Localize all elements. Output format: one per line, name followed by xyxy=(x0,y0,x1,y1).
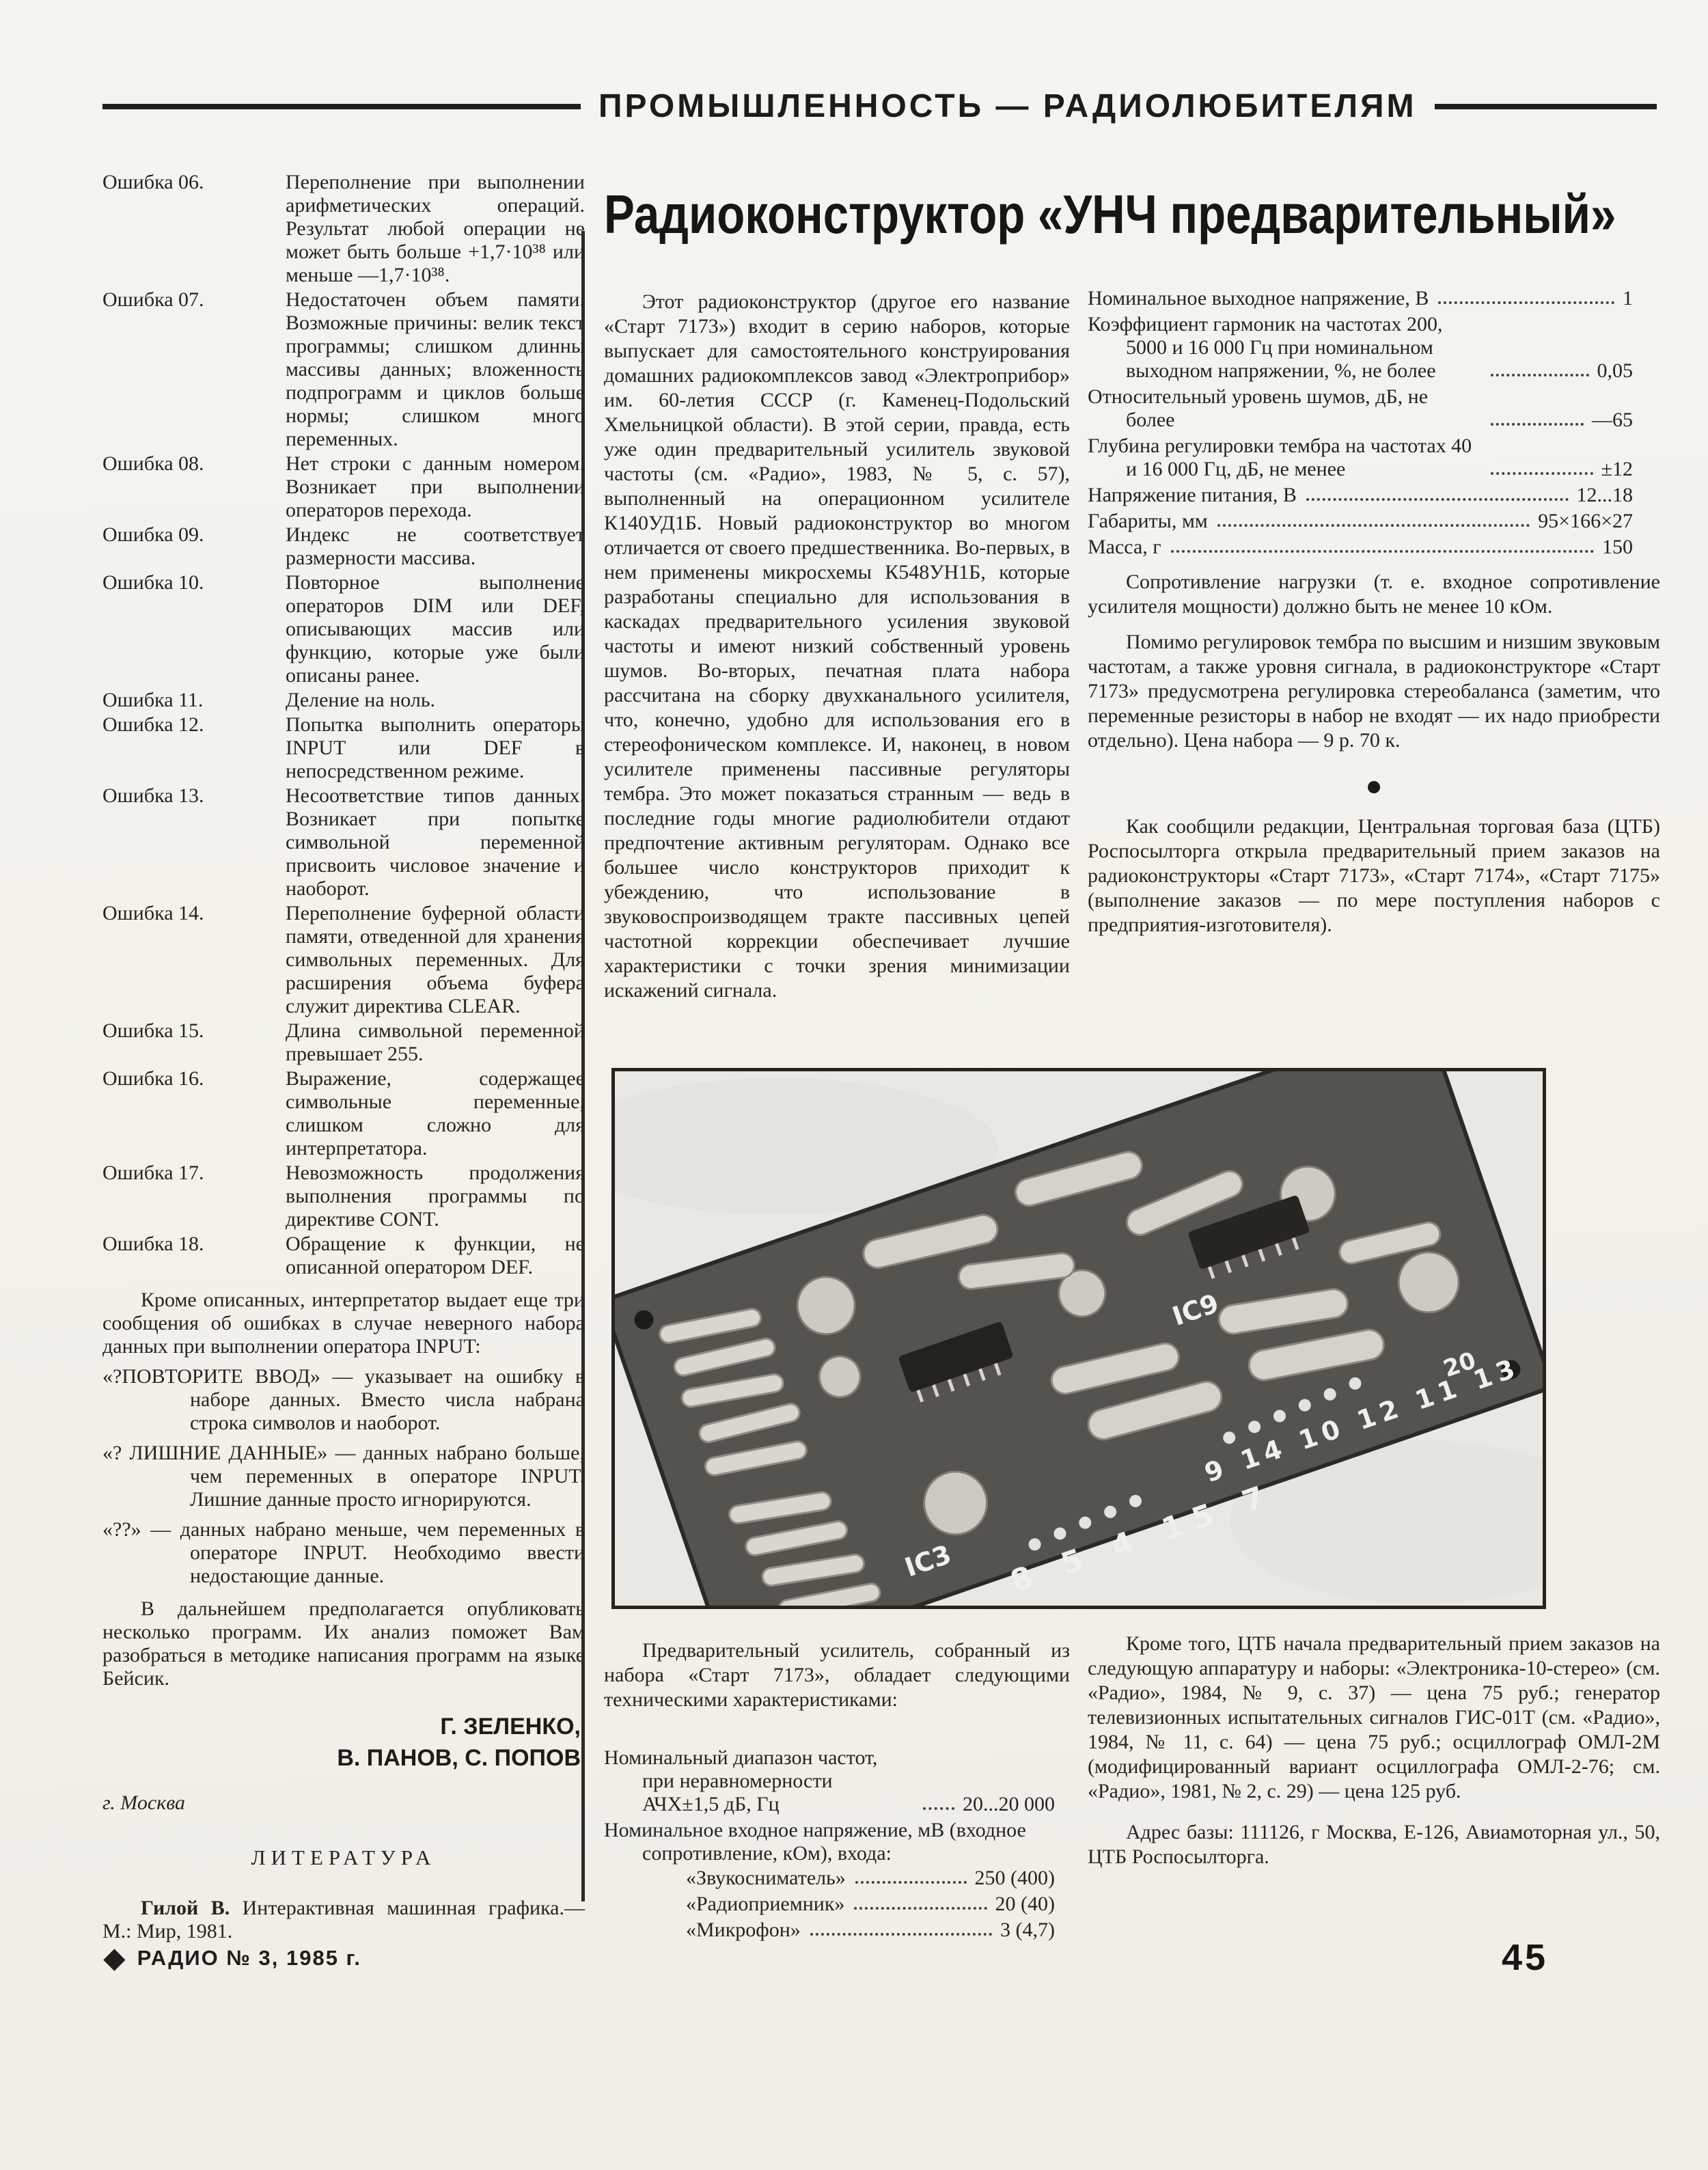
error-label: Ошибка 12. xyxy=(102,713,286,783)
orders-paragraph: Как сообщили редакции, Центральная торго… xyxy=(1088,814,1660,937)
spec-name: Масса, г xyxy=(1088,536,1161,559)
page-number: 45 xyxy=(1502,1936,1548,1979)
error-row: Ошибка 08.Нет строки с данным номером. В… xyxy=(102,452,585,522)
spec-value: 20...20 000 xyxy=(963,1793,1082,1816)
spec-value: ±12 xyxy=(1601,458,1660,481)
dot-leader xyxy=(1491,374,1589,376)
error-row: Ошибка 18.Обращение к функции, не описан… xyxy=(102,1233,585,1279)
page-header: ПРОМЫШЛЕННОСТЬ — РАДИОЛЮБИТЕЛЯМ xyxy=(102,87,1657,125)
magazine-page: ПРОМЫШЛЕННОСТЬ — РАДИОЛЮБИТЕЛЯМ Ошибка 0… xyxy=(0,0,1708,2170)
header-rule-left xyxy=(102,104,581,109)
error-row: Ошибка 11.Деление на ноль. xyxy=(102,689,585,712)
error-label: Ошибка 18. xyxy=(102,1233,286,1279)
pcb-photo: IC3 IC9 8 5 4 15 7 9 14 10 12 11 13 20 xyxy=(611,1068,1546,1609)
error-text: Переполнение буферной области памяти, от… xyxy=(286,902,585,1018)
pcb-board-illustration: IC3 IC9 8 5 4 15 7 9 14 10 12 11 13 20 xyxy=(615,1071,1543,1606)
spec-row: Номинальное выходное напряжение, В1 xyxy=(1088,287,1660,310)
error-row: Ошибка 06.Переполнение при выполнении ар… xyxy=(102,171,585,287)
paragraph-after-errors: Кроме описанных, интерпретатор выдает ещ… xyxy=(102,1289,585,1358)
error-label: Ошибка 16. xyxy=(102,1067,286,1160)
input-message: «? ЛИШНИЕ ДАННЫЕ» — данных набрано больш… xyxy=(102,1442,585,1511)
error-row: Ошибка 12.Попытка выполнить операторы IN… xyxy=(102,713,585,783)
address-paragraph: Адрес базы: 111126, г Москва, Е-126, Ави… xyxy=(1088,1820,1660,1869)
dot-leader xyxy=(1491,423,1584,426)
input-message: «?ПОВТОРИТЕ ВВОД» — указывает на ошибку … xyxy=(102,1365,585,1435)
bottom-specs-table: Номинальный диапазон частот, при неравно… xyxy=(604,1746,1082,1945)
spec-row: Относительный уровень шумов, дБ, не боле… xyxy=(1088,385,1660,432)
error-text: Несоответствие типов данных. Возникает п… xyxy=(286,784,585,901)
spec-name: Номинальный диапазон частот, при неравно… xyxy=(604,1746,913,1816)
more-orders-paragraph: Кроме того, ЦТБ начала предварительный п… xyxy=(1088,1632,1660,1804)
error-text: Попытка выполнить операторы INPUT или DE… xyxy=(286,713,585,783)
error-label: Ошибка 17. xyxy=(102,1162,286,1231)
article-intro: Этот радиоконструктор (другое его назван… xyxy=(604,290,1070,1003)
dot-leader xyxy=(1438,301,1614,304)
error-label: Ошибка 07. xyxy=(102,288,286,451)
dot-leader xyxy=(810,1933,992,1936)
error-text: Переполнение при выполнении арифметическ… xyxy=(286,171,585,287)
dot-leader xyxy=(1171,550,1594,553)
spec-row: Масса, г150 xyxy=(1088,536,1660,559)
error-label: Ошибка 06. xyxy=(102,171,286,287)
spec-value: —65 xyxy=(1592,409,1660,432)
error-row: Ошибка 13.Несоответствие типов данных. В… xyxy=(102,784,585,901)
dot-leader xyxy=(1306,498,1569,501)
error-row: Ошибка 07.Недостаточен объем памяти. Воз… xyxy=(102,288,585,451)
error-row: Ошибка 10.Повторное выполнение операторо… xyxy=(102,571,585,687)
spec-name: «Микрофон» xyxy=(604,1919,801,1942)
spec-name: «Радиоприемник» xyxy=(604,1893,844,1916)
error-text: Обращение к функции, не описанной операт… xyxy=(286,1233,585,1279)
error-row: Ошибка 17.Невозможность продолжения выпо… xyxy=(102,1162,585,1231)
diamond-icon: ◆ xyxy=(104,1948,126,1969)
balance-paragraph: Помимо регулировок тембра по высшим и ни… xyxy=(1088,630,1660,753)
error-text: Недостаточен объем памяти. Возможные при… xyxy=(286,288,585,451)
reference-author: Гилой В. xyxy=(141,1897,230,1919)
literature-reference: Гилой В. Интерактивная машинная графика.… xyxy=(102,1897,585,1943)
error-label: Ошибка 13. xyxy=(102,784,286,901)
dot-leader xyxy=(923,1807,954,1810)
dot-leader xyxy=(1491,472,1593,475)
error-label: Ошибка 09. xyxy=(102,523,286,570)
spec-name: «Звукосниматель» xyxy=(604,1867,846,1890)
article-intro-column: Этот радиоконструктор (другое его назван… xyxy=(604,290,1070,1003)
author-line: Г. ЗЕЛЕНКО, xyxy=(102,1711,581,1742)
error-label: Ошибка 15. xyxy=(102,1019,286,1066)
error-row: Ошибка 14.Переполнение буферной области … xyxy=(102,902,585,1018)
author-line: В. ПАНОВ, С. ПОПОВ xyxy=(102,1742,581,1774)
error-text: Выражение, содержащее символьные перемен… xyxy=(286,1067,585,1160)
spec-row: «Радиоприемник»20 (40) xyxy=(604,1893,1082,1916)
page-header-title: ПРОМЫШЛЕННОСТЬ — РАДИОЛЮБИТЕЛЯМ xyxy=(598,87,1417,125)
spec-name: Номинальное выходное напряжение, В xyxy=(1088,287,1429,310)
error-text: Повторное выполнение операторов DIM или … xyxy=(286,571,585,687)
closing-paragraph: В дальнейшем предполагается опубликовать… xyxy=(102,1597,585,1690)
error-row: Ошибка 15.Длина символьной переменной пр… xyxy=(102,1019,585,1066)
spec-value: 20 (40) xyxy=(995,1893,1082,1916)
spec-row: «Микрофон»3 (4,7) xyxy=(604,1919,1082,1942)
error-text: Длина символьной переменной превышает 25… xyxy=(286,1019,585,1066)
error-row: Ошибка 16.Выражение, содержащее символьн… xyxy=(102,1067,585,1160)
spec-value: 3 (4,7) xyxy=(1000,1919,1082,1942)
spec-row: Номинальный диапазон частот, при неравно… xyxy=(604,1746,1082,1816)
error-row: Ошибка 09.Индекс не соответствует размер… xyxy=(102,523,585,570)
section-bullet-icon: ● xyxy=(1088,772,1660,801)
spec-value: 95×166×27 xyxy=(1538,510,1660,533)
error-list-column: Ошибка 06.Переполнение при выполнении ар… xyxy=(102,171,585,1943)
literature-heading: ЛИТЕРАТУРА xyxy=(102,1846,585,1869)
error-text: Невозможность продолжения выполнения про… xyxy=(286,1162,585,1231)
error-label: Ошибка 08. xyxy=(102,452,286,522)
spec-value: 0,05 xyxy=(1597,359,1661,383)
error-text: Деление на ноль. xyxy=(286,689,585,712)
dot-leader xyxy=(855,1881,967,1884)
article-title: Радиоконструктор «УНЧ предварительный» xyxy=(604,183,1492,246)
spec-row: Глубина регулировки тембра на частотах 4… xyxy=(1088,435,1660,481)
spec-name: Напряжение питания, В xyxy=(1088,484,1297,507)
load-paragraph: Сопротивление нагрузки (т. е. входное со… xyxy=(1088,570,1660,619)
spec-name: Относительный уровень шумов, дБ, не боле… xyxy=(1088,385,1481,432)
spec-row: Коэффициент гармоник на частотах 200, 50… xyxy=(1088,313,1660,383)
error-label: Ошибка 14. xyxy=(102,902,286,1018)
spec-value: 150 xyxy=(1602,536,1660,559)
footer-label: РАДИО № 3, 1985 г. xyxy=(137,1946,361,1970)
magazine-footer: ◆ РАДИО № 3, 1985 г. xyxy=(104,1946,361,1970)
orders-column: Кроме того, ЦТБ начала предварительный п… xyxy=(1088,1632,1660,1869)
error-label: Ошибка 10. xyxy=(102,571,286,687)
header-rule-right xyxy=(1435,104,1657,109)
spec-row: Напряжение питания, В12...18 xyxy=(1088,484,1660,507)
spec-value: 1 xyxy=(1623,287,1660,310)
dot-leader xyxy=(854,1907,987,1910)
spec-value: 250 (400) xyxy=(975,1867,1082,1890)
photo-caption: Предварительный усилитель, собранный из … xyxy=(604,1638,1070,1712)
dot-leader xyxy=(1217,524,1530,527)
spec-value: 12...18 xyxy=(1577,484,1661,507)
spec-name: Глубина регулировки тембра на частотах 4… xyxy=(1088,435,1481,481)
spec-row: Габариты, мм95×166×27 xyxy=(1088,510,1660,533)
spec-row: «Звукосниматель»250 (400) xyxy=(604,1867,1082,1890)
spec-name: Коэффициент гармоник на частотах 200, 50… xyxy=(1088,313,1481,383)
input-message: «??» — данных набрано меньше, чем переме… xyxy=(102,1518,585,1588)
authors-block: Г. ЗЕЛЕНКО, В. ПАНОВ, С. ПОПОВ xyxy=(102,1711,585,1774)
error-text: Нет строки с данным номером. Возникает п… xyxy=(286,452,585,522)
error-label: Ошибка 11. xyxy=(102,689,286,712)
spec-name: Габариты, мм xyxy=(1088,510,1208,533)
author-city: г. Москва xyxy=(102,1791,585,1815)
spec-group-heading: Номинальное входное напряжение, мВ (вход… xyxy=(604,1819,1082,1865)
specs-column: Номинальное выходное напряжение, В1 Коэф… xyxy=(1088,287,1660,937)
error-text: Индекс не соответствует размерности масс… xyxy=(286,523,585,570)
